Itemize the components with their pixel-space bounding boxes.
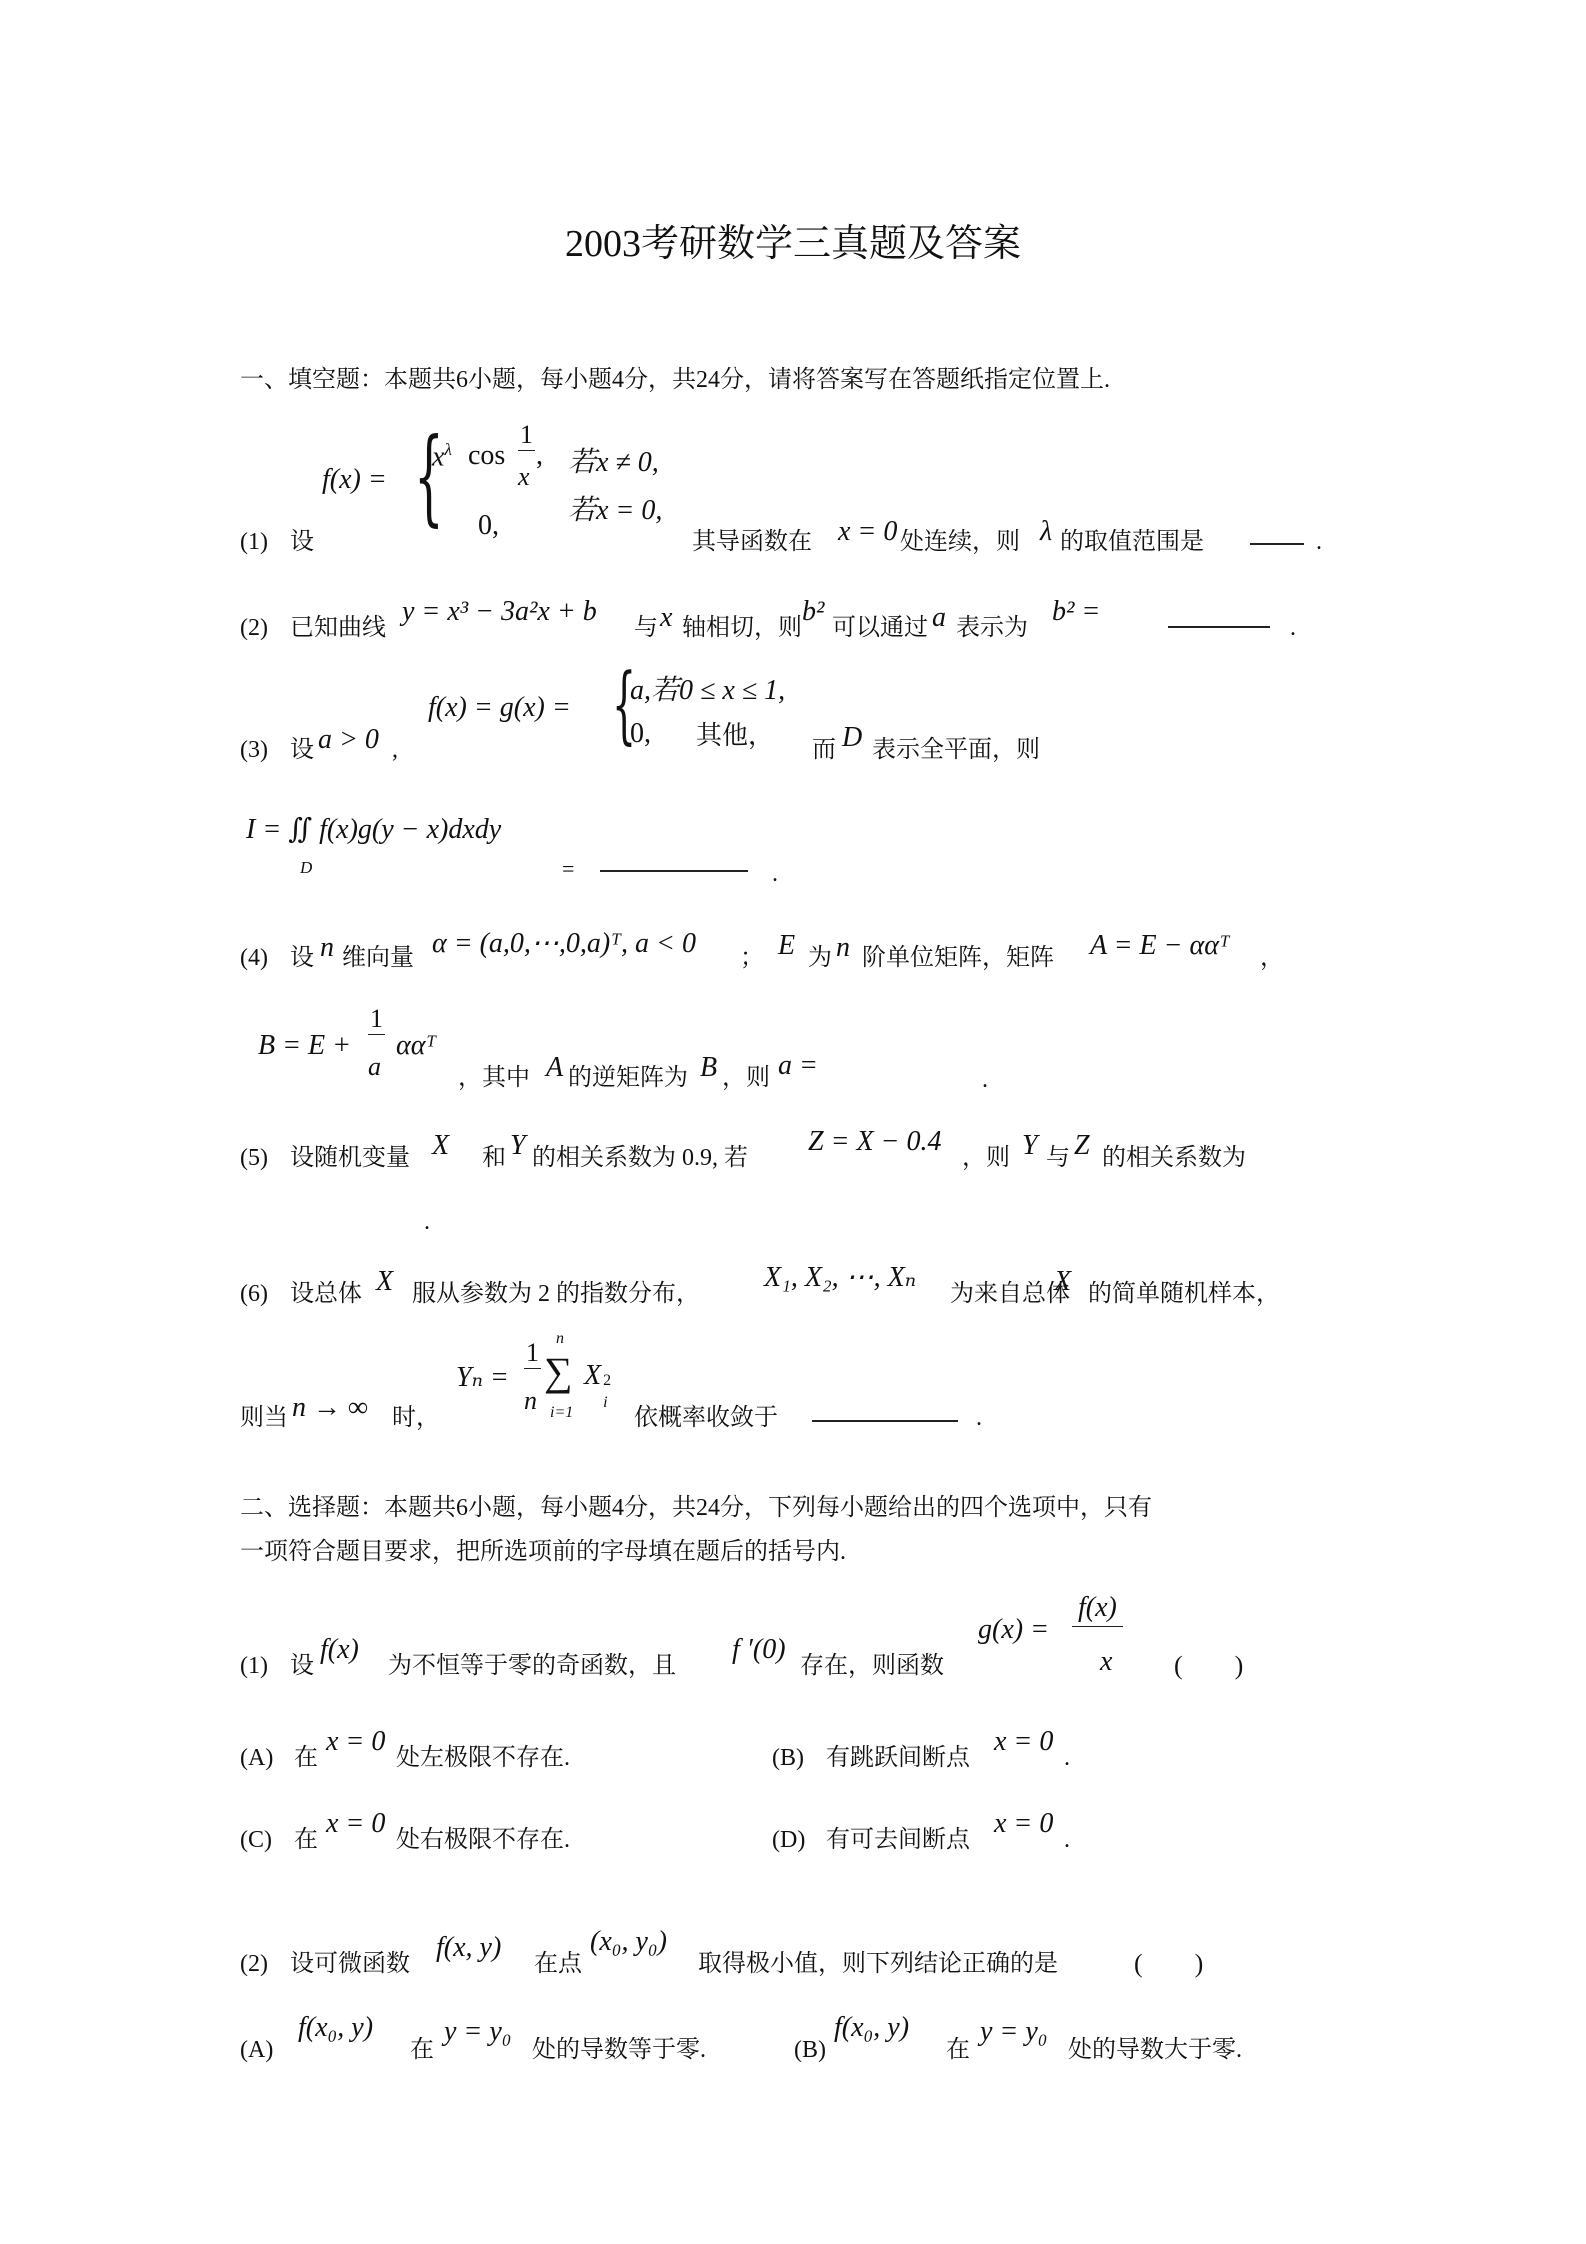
question-text: 维向量 [342,944,414,972]
answer-blank [1250,543,1304,545]
question-text: 则当 [240,1404,288,1432]
sum-upper: n [556,1330,564,1348]
question-text: 为不恒等于零的奇函数，且 [388,1652,676,1680]
option-text: 在 [946,2036,970,2064]
option-text: 处右极限不存在. [396,1826,570,1854]
frac-num: 1 [518,420,535,451]
question-text: 可以通过 [832,614,928,642]
question-number: (6) [240,1280,268,1308]
math-B: B [700,1052,717,1084]
math-gx: g(x) = [978,1614,1049,1646]
math-curve: y = x³ − 3a²x + b [402,596,597,628]
page-title: 2003考研数学三真题及答案 [0,212,1586,267]
frac-num: 1 [524,1338,541,1369]
question-text: 设随机变量 [290,1144,410,1172]
math-fx: f(x) [320,1634,359,1666]
question-text: 的简单随机样本， [1088,1280,1280,1308]
math-y-eq-y0: y = y₀ [444,2016,511,2048]
question-text: 设 [290,1652,314,1680]
frac-num: 1 [368,1004,385,1035]
math-n: n [836,932,850,964]
question-text: 时， [392,1404,440,1432]
question-text: ，其中 [458,1064,530,1092]
question-text: 表示全平面，则 [872,736,1040,764]
math-lambda: λ [1040,516,1052,548]
option-label: (A) [240,1744,273,1772]
question-text: 而 [812,736,836,764]
question-number: (2) [240,1950,268,1978]
math-a-eq: a = [778,1050,818,1082]
question-number: (4) [240,944,268,972]
math-x0: x = 0 [838,516,897,548]
question-text: 存在，则函数 [800,1652,944,1680]
section1-header: 一、填空题：本题共6小题，每小题4分，共24分，请将答案写在答题纸指定位置上. [240,366,1110,394]
question-text: 的相关系数为 [1102,1144,1246,1172]
math-Y: Y [510,1130,526,1162]
math-Yn: Yₙ = [456,1360,509,1394]
math-fx0y: f(x₀, y) [298,2012,373,2044]
period: . [1290,614,1296,642]
comma: , [392,736,398,764]
math-case2-cond: 其他， [696,722,774,750]
math-case1: xλ [432,440,452,473]
period: . [976,1404,982,1432]
option-label: (D) [772,1826,805,1854]
math-alpha-vector: α = (a,0,⋯,0,a)ᵀ, a < 0 [432,926,696,960]
question-text: 设可微函数 [290,1950,410,1978]
question-text: 设 [290,528,314,556]
math-a: a [932,602,946,634]
question-number: (1) [240,1652,268,1680]
math-Z: Z = X − 0.4 [808,1126,941,1158]
math-D: D [842,722,862,754]
question-text: ，则 [722,1064,770,1092]
question-text: ，则 [962,1144,1010,1172]
question-text: 表示为 [956,614,1028,642]
question-text: 其导函数在 [692,528,812,556]
frac-den: x [1100,1646,1112,1678]
math-x: x [660,602,672,634]
math-X: X [376,1266,393,1298]
math-Y: Y [1022,1130,1038,1162]
question-number: (3) [240,736,268,764]
frac-den: x [518,462,530,492]
semicolon: ； [740,944,764,972]
option-text: 在 [294,1826,318,1854]
answer-parentheses[interactable]: ( ) [1134,1950,1203,1978]
math-E: E [778,930,795,962]
question-text: 处连续，则 [900,528,1020,556]
math-A: A = E − ααᵀ [1090,930,1230,962]
question-text: 为 [808,944,832,972]
math-case1: a,若0 ≤ x ≤ 1, [630,668,785,708]
question-text: 的逆矩阵为 [568,1064,688,1092]
question-number: (5) [240,1144,268,1172]
option-text: 有跳跃间断点 [826,1744,970,1772]
math-cond2: 若x = 0, [568,488,662,528]
math-Xi2: X2i [584,1360,615,1392]
math-n: n [320,932,334,964]
question-text: 取得极小值，则下列结论正确的是 [698,1950,1058,1978]
equals: = [562,856,574,882]
math-alpha-alphaT: ααᵀ [396,1030,436,1062]
option-label: (B) [772,1744,804,1772]
option-label: (A) [240,2036,273,2064]
question-number: (1) [240,528,268,556]
math-case2: 0, [478,510,499,542]
math-point: (x₀, y₀) [590,1926,667,1958]
question-text: 设总体 [290,1280,362,1308]
question-text: 轴相切，则 [682,614,802,642]
question-text: 依概率收敛于 [634,1404,778,1432]
math-a-gt-0: a > 0 [318,724,379,756]
option-label: (C) [240,1826,272,1854]
answer-blank [1168,626,1270,628]
math-x0: x = 0 [326,1726,385,1758]
comma: , [536,440,543,472]
frac-den: a [368,1052,381,1082]
question-text: 与 [1046,1144,1070,1172]
math-b2-eq: b² = [1052,596,1100,628]
sum-lower: i=1 [550,1404,573,1422]
option-text: 有可去间断点 [826,1826,970,1854]
math-A: A [546,1052,563,1084]
question-text: 为来自总体 [950,1280,1070,1308]
option-text: 在 [294,1744,318,1772]
option-label: (B) [794,2036,826,2064]
math-fx-gx: f(x) = g(x) = [428,692,571,724]
math-integral: I = ∬ f(x)g(y − x)dxdy [246,812,501,846]
math-fx: f(x) = [322,464,387,496]
question-text: 服从参数为 2 的指数分布， [412,1280,700,1308]
question-text: 的相关系数为 0.9, 若 [532,1144,748,1172]
question-text: 已知曲线 [290,614,386,642]
question-text: 设 [290,736,314,764]
math-x0: x = 0 [326,1808,385,1840]
section2-header-line1: 二、选择题：本题共6小题，每小题4分，共24分，下列每小题给出的四个选项中，只有 [240,1494,1152,1522]
option-text: 处的导数大于零. [1068,2036,1242,2064]
question-text: 和 [482,1144,506,1172]
period: . [1316,528,1322,556]
answer-blank [600,870,748,872]
math-X: X [1054,1266,1071,1298]
question-text: 设 [290,944,314,972]
math-fxy: f(x, y) [436,1932,501,1964]
period: . [1064,1826,1070,1854]
answer-blank [812,1420,958,1422]
math-cond1: 若x ≠ 0, [568,440,659,480]
integral-domain: D [300,858,312,878]
period: . [424,1208,430,1236]
math-fprime0: f ′(0) [732,1634,786,1666]
answer-parentheses[interactable]: ( ) [1174,1652,1243,1680]
section2-header-line2: 一项符合题目要求，把所选项前的字母填在题后的括号内. [240,1538,846,1566]
question-text: 阶单位矩阵，矩阵 [862,944,1054,972]
math-fx0y: f(x₀, y) [834,2012,909,2044]
math-B: B = E + [258,1030,351,1062]
period: . [1064,1744,1070,1772]
question-text: 与 [634,614,658,642]
math-y-eq-y0: y = y₀ [980,2016,1047,2048]
comma: ， [1260,944,1284,972]
option-text: 处的导数等于零. [532,2036,706,2064]
frac-num: f(x) [1072,1592,1123,1627]
math-b2: b² [802,596,824,628]
math-case2: 0, [630,718,651,750]
math-cos: cos [468,440,505,472]
math-x0: x = 0 [994,1726,1053,1758]
math-x0: x = 0 [994,1808,1053,1840]
frac-den: n [524,1386,537,1416]
question-number: (2) [240,614,268,642]
sum-icon: ∑ [544,1348,573,1395]
math-Z: Z [1074,1130,1090,1162]
period: . [982,1066,988,1094]
math-X: X [432,1130,449,1162]
question-text: 的取值范围是 [1060,528,1204,556]
option-text: 在 [410,2036,434,2064]
math-sample: X₁, X₂, ⋯, Xₙ [764,1260,916,1294]
period: . [772,860,778,888]
question-text: 在点 [534,1950,582,1978]
option-text: 处左极限不存在. [396,1744,570,1772]
math-n-inf: n → ∞ [292,1392,368,1424]
